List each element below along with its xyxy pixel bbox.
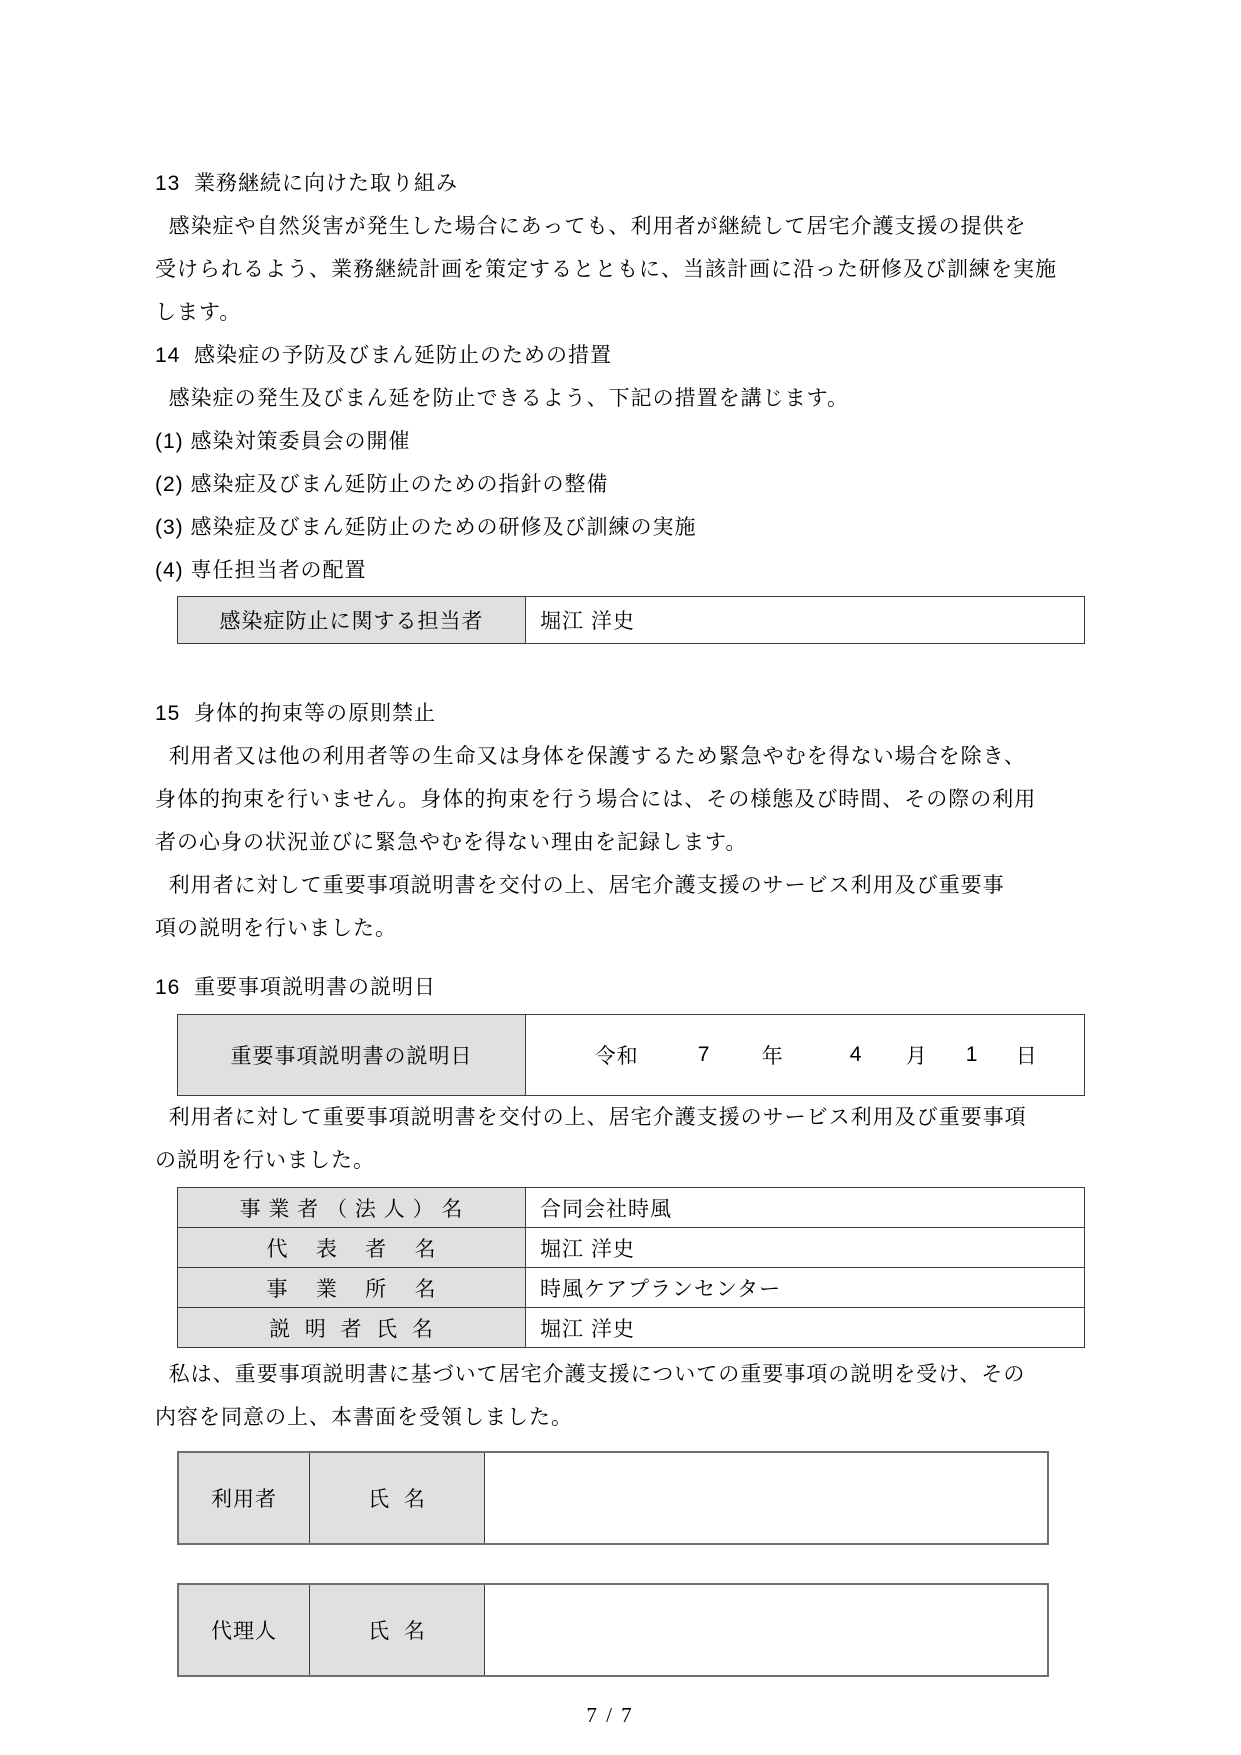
user-signature-table: 利用者 氏 名 xyxy=(177,1451,1049,1545)
agent-role-cell: 代理人 xyxy=(178,1584,310,1676)
date-day-unit: 日 xyxy=(1016,1040,1038,1070)
table-row: 重要事項説明書の説明日 令和7年4月1日 xyxy=(178,1015,1085,1096)
infection-officer-table: 感染症防止に関する担当者 堀江 洋史 xyxy=(177,596,1085,644)
officer-value-cell: 堀江 洋史 xyxy=(526,597,1085,644)
agent-name-blank-cell xyxy=(485,1584,1049,1676)
officer-label-cell: 感染症防止に関する担当者 xyxy=(178,597,526,644)
section-14-item-2: (2) 感染症及びまん延防止のための指針の整備 xyxy=(155,463,1085,506)
section-15-body-line-1: 利用者又は他の利用者等の生命又は身体を保護するため緊急やむを得ない場合を除き、 xyxy=(155,735,1085,778)
consent-line-2: 内容を同意の上、本書面を受領しました。 xyxy=(155,1396,1085,1439)
provider-explainer-label-cell: 説 明 者 氏 名 xyxy=(178,1308,526,1348)
section-14-item-3: (3) 感染症及びまん延防止のための研修及び訓練の実施 xyxy=(155,506,1085,549)
provider-company-value-cell: 合同会社時風 xyxy=(526,1188,1085,1228)
agent-name-label-cell: 氏 名 xyxy=(310,1584,485,1676)
section-14-item-1: (1) 感染対策委員会の開催 xyxy=(155,420,1085,463)
table-row: 事 業 所 名 時風ケアプランセンター xyxy=(178,1268,1085,1308)
page-number: 7 / 7 xyxy=(155,1703,1065,1728)
section-14-item-4: (4) 専任担当者の配置 xyxy=(155,549,1085,592)
explanation-date-value-cell: 令和7年4月1日 xyxy=(526,1015,1085,1096)
date-era: 令和 xyxy=(595,1040,698,1070)
date-year-unit: 年 xyxy=(762,1040,850,1070)
provider-office-label-cell: 事 業 所 名 xyxy=(178,1268,526,1308)
user-name-label-cell: 氏 名 xyxy=(310,1452,485,1544)
date-month-unit: 月 xyxy=(906,1040,966,1070)
explanation-date-label-cell: 重要事項説明書の説明日 xyxy=(178,1015,526,1096)
table-row: 代理人 氏 名 xyxy=(178,1584,1048,1676)
document-page: 13 業務継続に向けた取り組み 感染症や自然災害が発生した場合にあっても、利用者… xyxy=(0,0,1085,1728)
section-13-body-line-1: 感染症や自然災害が発生した場合にあっても、利用者が継続して居宅介護支援の提供を xyxy=(155,205,1085,248)
section-16-heading: 16 重要事項説明書の説明日 xyxy=(155,966,1085,1009)
section-16-body-line-1: 利用者に対して重要事項説明書を交付の上、居宅介護支援のサービス利用及び重要事項 xyxy=(155,1096,1085,1139)
section-15-body2-line-1: 利用者に対して重要事項説明書を交付の上、居宅介護支援のサービス利用及び重要事 xyxy=(155,864,1085,907)
table-row: 説 明 者 氏 名 堀江 洋史 xyxy=(178,1308,1085,1348)
date-day: 1 xyxy=(966,1043,1016,1067)
user-role-cell: 利用者 xyxy=(178,1452,310,1544)
table-row: 感染症防止に関する担当者 堀江 洋史 xyxy=(178,597,1085,644)
section-15-body2-line-2: 項の説明を行いました。 xyxy=(155,907,1085,950)
section-14-heading: 14 感染症の予防及びまん延防止のための措置 xyxy=(155,334,1085,377)
section-13-body-line-3: します。 xyxy=(155,291,1085,334)
provider-company-label-cell: 事 業 者 （ 法 人 ） 名 xyxy=(178,1188,526,1228)
table-row: 利用者 氏 名 xyxy=(178,1452,1048,1544)
section-14-intro: 感染症の発生及びまん延を防止できるよう、下記の措置を講じます。 xyxy=(155,377,1085,420)
section-15-body-line-3: 者の心身の状況並びに緊急やむを得ない理由を記録します。 xyxy=(155,821,1085,864)
agent-signature-table: 代理人 氏 名 xyxy=(177,1583,1049,1677)
provider-representative-label-cell: 代 表 者 名 xyxy=(178,1228,526,1268)
section-15-body-line-2: 身体的拘束を行いません。身体的拘束を行う場合には、その様態及び時間、その際の利用 xyxy=(155,778,1085,821)
provider-representative-value-cell: 堀江 洋史 xyxy=(526,1228,1085,1268)
user-name-blank-cell xyxy=(485,1452,1049,1544)
table-row: 事 業 者 （ 法 人 ） 名 合同会社時風 xyxy=(178,1188,1085,1228)
provider-explainer-value-cell: 堀江 洋史 xyxy=(526,1308,1085,1348)
date-year: 7 xyxy=(698,1043,762,1067)
section-13-body-line-2: 受けられるよう、業務継続計画を策定するとともに、当該計画に沿った研修及び訓練を実… xyxy=(155,248,1085,291)
section-16-body-line-2: の説明を行いました。 xyxy=(155,1139,1085,1182)
explanation-date-table: 重要事項説明書の説明日 令和7年4月1日 xyxy=(177,1014,1085,1096)
table-row: 代 表 者 名 堀江 洋史 xyxy=(178,1228,1085,1268)
section-15-heading: 15 身体的拘束等の原則禁止 xyxy=(155,692,1085,735)
date-month: 4 xyxy=(850,1043,906,1067)
consent-line-1: 私は、重要事項説明書に基づいて居宅介護支援についての重要事項の説明を受け、その xyxy=(155,1353,1085,1396)
section-13-heading: 13 業務継続に向けた取り組み xyxy=(155,162,1085,205)
provider-office-value-cell: 時風ケアプランセンター xyxy=(526,1268,1085,1308)
provider-info-table: 事 業 者 （ 法 人 ） 名 合同会社時風 代 表 者 名 堀江 洋史 事 業… xyxy=(177,1187,1085,1348)
